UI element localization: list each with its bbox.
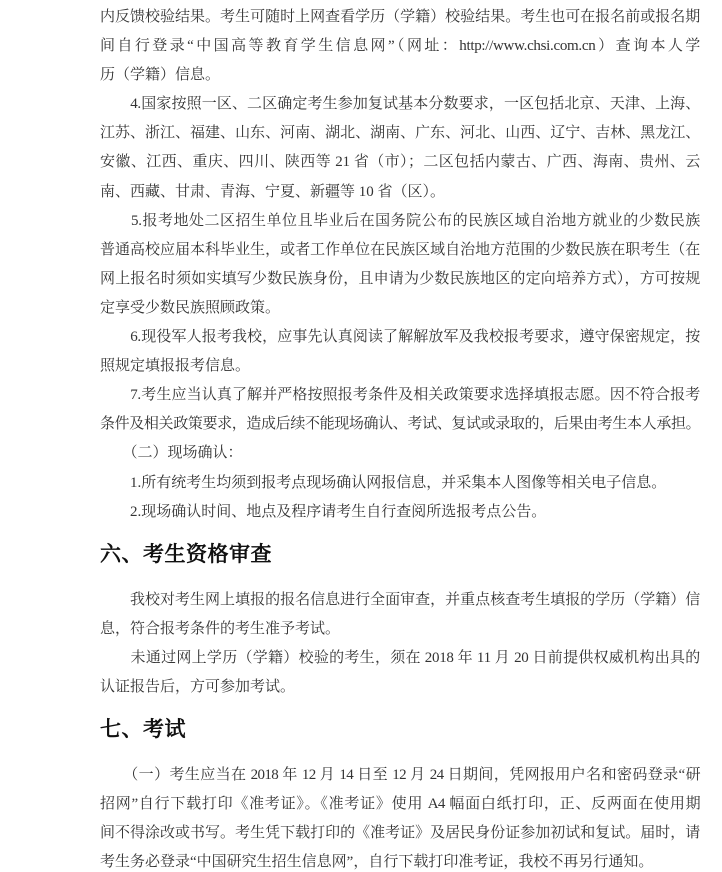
text-line: 安徽、江西、重庆、四川、陕西等 21 省（市）；二区包括内蒙古、广西、海南、贵州… bbox=[100, 148, 700, 177]
text-line: 考生务必登录“中国研究生招生信息网”，自行下载打印准考证，我校不再另行通知。 bbox=[100, 848, 700, 872]
text-line: 我校对考生网上填报的报名信息进行全面审查，并重点核查考生填报的学历（学籍）信 bbox=[100, 586, 700, 615]
section-five-continuation-body: 内反馈校验结果。考生可随时上网查看学历（学籍）校验结果。考生也可在报名前或报名期… bbox=[100, 3, 700, 527]
text-line: （一）考生应当在 2018 年 12 月 14 日至 12 月 24 日期间，凭… bbox=[100, 761, 700, 790]
text-line: 息，符合报考条件的考生准予考试。 bbox=[100, 615, 700, 644]
section-seven-heading: 七、考试 bbox=[100, 714, 700, 746]
text-line: 未通过网上学历（学籍）校验的考生，须在 2018 年 11 月 20 日前提供权… bbox=[100, 644, 700, 673]
text-line: 照规定填报报考信息。 bbox=[100, 352, 700, 381]
text-line: 南、西藏、甘肃、青海、宁夏、新疆等 10 省（区）。 bbox=[100, 178, 700, 207]
text-line: 网上报名时须如实填写少数民族身份，且申请为少数民族地区的定向培养方式），方可按规 bbox=[100, 265, 700, 294]
text-line: 认证报告后，方可参加考试。 bbox=[100, 673, 700, 702]
text-line: 间不得涂改或书写。考生凭下载打印的《准考证》及居民身份证参加初试和复试。届时，请 bbox=[100, 819, 700, 848]
text-line: 普通高校应届本科毕业生，或者工作单位在民族区域自治地方范围的少数民族在职考生（在 bbox=[100, 236, 700, 265]
section-six-heading: 六、考生资格审查 bbox=[100, 539, 700, 571]
text-line: （二）现场确认： bbox=[100, 439, 700, 468]
section-seven-body: （一）考生应当在 2018 年 12 月 14 日至 12 月 24 日期间，凭… bbox=[100, 761, 700, 872]
text-line: 5.报考地处二区招生单位且毕业后在国务院公布的民族区域自治地方就业的少数民族 bbox=[100, 207, 700, 236]
text-line: 间自行登录“中国高等教育学生信息网”（网址：http://www.chsi.co… bbox=[100, 32, 700, 61]
text-line: 4.国家按照一区、二区确定考生参加复试基本分数要求，一区包括北京、天津、上海、 bbox=[100, 90, 700, 119]
text-line: 条件及相关政策要求，造成后续不能现场确认、考试、复试或录取的，后果由考生本人承担… bbox=[100, 410, 700, 439]
text-line: 6.现役军人报考我校，应事先认真阅读了解解放军及我校报考要求，遵守保密规定，按 bbox=[100, 323, 700, 352]
document-page: 内反馈校验结果。考生可随时上网查看学历（学籍）校验结果。考生也可在报名前或报名期… bbox=[0, 0, 722, 872]
text-line: 江苏、浙江、福建、山东、河南、湖北、湖南、广东、河北、山西、辽宁、吉林、黑龙江、 bbox=[100, 119, 700, 148]
text-line: 2.现场确认时间、地点及程序请考生自行查阅所选报考点公告。 bbox=[100, 498, 700, 527]
text-line: 历（学籍）信息。 bbox=[100, 61, 700, 90]
section-six-body: 我校对考生网上填报的报名信息进行全面审查，并重点核查考生填报的学历（学籍）信息，… bbox=[100, 586, 700, 702]
text-line: 7.考生应当认真了解并严格按照报考条件及相关政策要求选择填报志愿。因不符合报考 bbox=[100, 381, 700, 410]
text-line: 1.所有统考生均须到报考点现场确认网报信息，并采集本人图像等相关电子信息。 bbox=[100, 469, 700, 498]
text-line: 招网”自行下载打印《准考证》。《准考证》使用 A4 幅面白纸打印，正、反两面在使… bbox=[100, 790, 700, 819]
text-line: 内反馈校验结果。考生可随时上网查看学历（学籍）校验结果。考生也可在报名前或报名期 bbox=[100, 3, 700, 32]
text-line: 定享受少数民族照顾政策。 bbox=[100, 294, 700, 323]
